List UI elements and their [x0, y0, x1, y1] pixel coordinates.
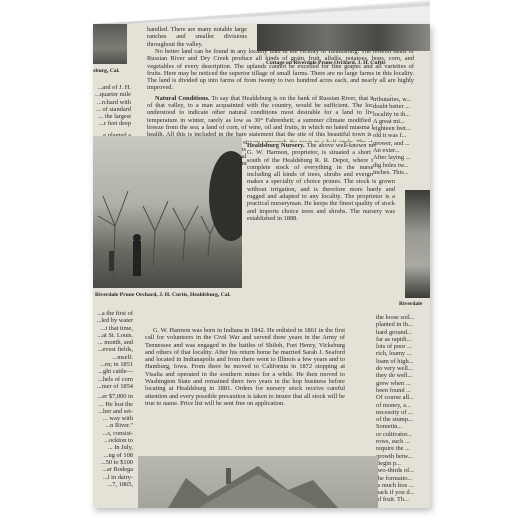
text-line: ...mself. — [93, 354, 133, 361]
text-line: grew when ... — [376, 380, 430, 387]
photo-prune-orchard — [93, 136, 242, 288]
text-line: ...er $7,000 in — [93, 393, 133, 400]
text-line: ...a the first of — [93, 310, 133, 317]
text-line: ...ockton to — [93, 437, 133, 444]
photo-right-edge — [405, 190, 430, 298]
text-line: ... In July, — [93, 444, 133, 451]
text-line: dig holes tw... — [373, 162, 430, 169]
text-line: ... of standard — [93, 106, 131, 113]
column-left-bottom: ...a the first of ...led by water ...t t… — [93, 310, 133, 488]
greeting-card: Healdsburg, Cal. ...ard of J. H. ...quar… — [93, 24, 430, 508]
text-line: ...rn; in 1851 — [93, 361, 133, 368]
text-line: An exter... — [373, 147, 430, 154]
text-line: ... He lost the — [93, 401, 133, 408]
text-line: Of course all... — [376, 394, 430, 401]
text-line: ...ar Bodega — [93, 466, 133, 473]
text-line: ...ard of J. H. — [93, 84, 131, 91]
text-line: ...ght cattle— — [93, 368, 133, 375]
text-line: planted in th... — [376, 321, 430, 328]
text-line: the loose soil... — [376, 314, 430, 321]
text-line: After laying ... — [373, 154, 430, 161]
text-line: ...quarter mile — [93, 91, 131, 98]
column-center-top: handled. There are many notable large ra… — [147, 26, 247, 49]
text-line: ...led by water — [93, 317, 133, 324]
text-line: tributaries, w... — [373, 96, 430, 103]
paragraph: No better land can be found in any local… — [147, 48, 414, 92]
text-line: ...ng of 108 — [93, 452, 133, 459]
card-fold-edge — [93, 0, 430, 26]
text-line: ...s, consist- — [93, 430, 133, 437]
text-line: necessity of ... — [376, 409, 430, 416]
harmon-bio: G. W. Harmon was born in Indiana in 1842… — [145, 327, 345, 407]
text-line: ...hels of corn — [93, 376, 133, 383]
text-line: eighteen feet... — [373, 125, 430, 132]
text-line: grower, and ... — [373, 140, 430, 147]
text-line: of fruit. Th... — [376, 496, 430, 503]
text-line: is much less ... — [376, 482, 430, 489]
text-line: locality in th... — [373, 111, 430, 118]
text-line: old it was f... — [373, 132, 430, 139]
text-line: require the ... — [376, 445, 430, 452]
text-line: ...l in dairy- — [93, 474, 133, 481]
paragraph: handled. There are many notable large ra… — [147, 26, 247, 48]
text-line: ...n River." — [93, 422, 133, 429]
caption-top-left: Healdsburg, Cal. — [93, 68, 120, 74]
text-line: growth betw... — [376, 453, 430, 460]
text-line: ...at St. Louis. — [93, 332, 133, 339]
text-line: ...t that time, — [93, 325, 133, 332]
house-illustration — [138, 456, 378, 508]
text-line: rich, loamy ... — [376, 350, 430, 357]
text-line: A great mi... — [373, 118, 430, 125]
text-line: Sometin... — [376, 423, 430, 430]
column-right-bottom: the loose soil... planted in th... hard … — [376, 314, 430, 504]
column-right-top: tributaries, w... doubt better ... local… — [373, 96, 430, 176]
photo-top-left — [93, 24, 127, 64]
text-line: been found ... — [376, 387, 430, 394]
text-line: ... the largest — [93, 113, 131, 120]
caption-right-edge: Riverdale — [399, 301, 422, 307]
column-center-bottom: G. W. Harmon was born in Indiana in 1842… — [145, 327, 345, 431]
text-line: ...evest fields, — [93, 346, 133, 353]
text-line: ...r feet deep — [93, 120, 131, 127]
text-line: of the stump... — [376, 416, 430, 423]
text-line: ...ber and set- — [93, 408, 133, 415]
text-line: two-thirds of... — [376, 467, 430, 474]
text-line: the formatio... — [376, 475, 430, 482]
text-line: lots of poor ... — [376, 343, 430, 350]
text-line: of money, a... — [376, 402, 430, 409]
text-line: loam of high... — [376, 358, 430, 365]
text-line: ... month, and — [93, 339, 133, 346]
text-line: Begin p... — [376, 460, 430, 467]
text-line: back if you d... — [376, 489, 430, 496]
text-line: doubt better ... — [373, 103, 430, 110]
text-line: ...mer of 1854 — [93, 383, 133, 390]
text-line: ... way with — [93, 415, 133, 422]
photo-house — [138, 456, 378, 508]
orchard-illustration — [93, 136, 242, 288]
caption-prune-orchard: Riverdale Prune Orchard, J. H. Curtis, H… — [95, 292, 231, 298]
caption-cottage: Cottage on Riverdale Prune Orchard, J. H… — [266, 60, 386, 66]
text-line: ...50 to $100 — [93, 459, 133, 466]
text-line: ...7, 1865, — [93, 481, 133, 488]
heading-healdsburg-nursery: Healdsburg Nursery. — [247, 142, 305, 149]
photo-cottage — [257, 24, 430, 51]
text-line: they do well... — [376, 372, 430, 379]
text-line: inches. This... — [373, 169, 430, 176]
text-line: or cultivator... — [376, 431, 430, 438]
text-line: ...rchard with — [93, 99, 131, 106]
text-line: rows, such ... — [376, 438, 430, 445]
heading-natural-conditions: Natural Conditions. — [155, 95, 210, 102]
text-line: far as rapidi... — [376, 336, 430, 343]
text-line: do very well... — [376, 365, 430, 372]
text-line: hard ground... — [376, 329, 430, 336]
